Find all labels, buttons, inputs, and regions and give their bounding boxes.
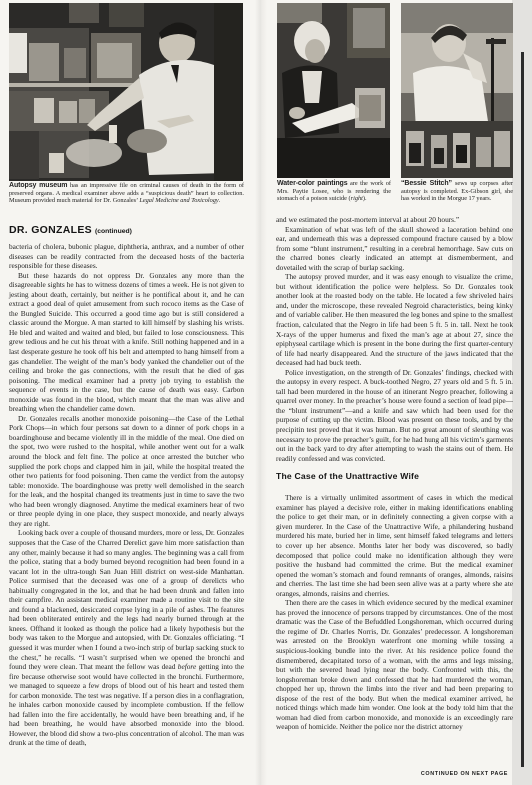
adjacent-page-edge-line (521, 52, 524, 767)
paragraph: Police investigation, on the strength of… (276, 368, 513, 463)
paragraph: There is a virtually unlimited assortmen… (276, 493, 513, 598)
paragraph: Examination of what was left of the skul… (276, 225, 513, 273)
autopsy-museum-photo (9, 3, 243, 181)
page-gutter (255, 0, 267, 785)
book-title: Legal Medicine and Toxicology (139, 197, 218, 204)
paragraph: bacteria of cholera, bubonic plague, dip… (9, 242, 244, 271)
subheading-block: The Case of the Unattractive Wife (276, 463, 513, 493)
bessie-stitch-photo (401, 3, 513, 178)
paragraph: Looking back over a couple of thousand m… (9, 528, 244, 748)
paragraph: Dr. Gonzales recalls another monoxide po… (9, 414, 244, 529)
caption-lead: “Bessie Stitch” (401, 180, 452, 187)
caption-lead: Water-color paintings (277, 180, 348, 187)
watercolor-paintings-photo (277, 3, 390, 178)
bessie-stitch-caption: “Bessie Stitch” sews up corpses after au… (401, 180, 513, 203)
article-heading: DR. GONZALES(continued) (9, 224, 132, 236)
watercolor-paintings-caption: Water-color paintings are the work of Mr… (277, 180, 391, 203)
paragraph: Then there are the cases in which eviden… (276, 598, 513, 732)
right-text-column: and we estimated the post-mortem interva… (276, 215, 513, 732)
paragraph: The autopsy proved murder, and it was ea… (276, 272, 513, 367)
caption-lead: Autopsy museum (9, 182, 67, 189)
heading-continued-label: (continued) (95, 228, 132, 235)
left-text-column: bacteria of cholera, bubonic plague, dip… (9, 242, 244, 748)
continued-on-next-page-label: CONTINUED ON NEXT PAGE (421, 771, 508, 777)
paragraph: But these hazards do not oppress Dr. Gon… (9, 271, 244, 414)
section-subheading: The Case of the Unattractive Wife (276, 472, 419, 482)
autopsy-museum-caption: Autopsy museum has an impressive file on… (9, 182, 244, 205)
paragraph: and we estimated the post-mortem interva… (276, 215, 513, 225)
